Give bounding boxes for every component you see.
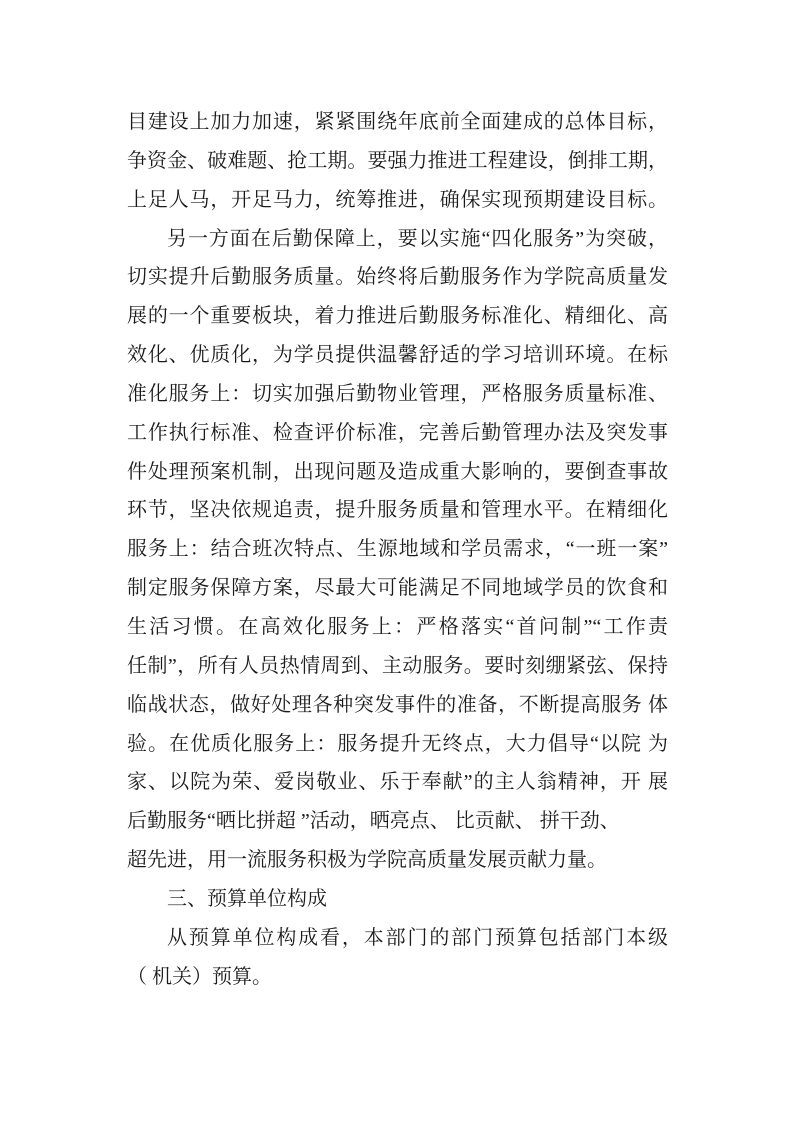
text-line: 环节，坚决依规追责，提升服务质量和管理水平。在精细化: [127, 491, 668, 530]
text-line: 切实提升后勤服务质量。始终将后勤服务作为学院高质量发: [127, 258, 668, 297]
text-line: 生活习惯。在高效化服务上：严格落实“首问制”“工作责: [127, 608, 668, 647]
text-line: 效化、优质化，为学员提供温馨舒适的学习培训环境。在标: [127, 336, 668, 375]
text-line: 目建设上加力加速，紧紧围绕年底前全面建成的总体目标，: [127, 103, 668, 142]
text-line: 超先进，用一流服务积极为学院高质量发展贡献力量。: [127, 841, 668, 880]
text-line: 后勤服务“晒比拼超 ”活动，晒亮点、 比贡献、 拼干劲、: [127, 802, 668, 841]
text-line: 准化服务上：切实加强后勤物业管理，严格服务质量标准、: [127, 375, 668, 414]
text-line: 另一方面在后勤保障上，要以实施“四化服务”为突破，: [127, 220, 668, 259]
text-line: 争资金、破难题、抢工期。要强力推进工程建设，倒排工期，: [127, 142, 668, 181]
text-line: 验。在优质化服务上：服务提升无终点，大力倡导“以院 为: [127, 725, 668, 764]
document-page: 目建设上加力加速，紧紧围绕年底前全面建成的总体目标，争资金、破难题、抢工期。要强…: [0, 0, 800, 1131]
text-line: 展的一个重要板块，着力推进后勤服务标准化、精细化、高: [127, 297, 668, 336]
document-body: 目建设上加力加速，紧紧围绕年底前全面建成的总体目标，争资金、破难题、抢工期。要强…: [127, 103, 668, 996]
text-line: 临战状态，做好处理各种突发事件的准备，不断提高服务 体: [127, 686, 668, 725]
text-line: 任制”，所有人员热情周到、主动服务。要时刻绷紧弦、保持: [127, 647, 668, 686]
text-line: 从预算单位构成看，本部门的部门预算包括部门本级: [127, 919, 668, 958]
text-line: 制定服务保障方案，尽最大可能满足不同地域学员的饮食和: [127, 569, 668, 608]
text-line: 件处理预案机制，出现问题及造成重大影响的，要倒查事故: [127, 453, 668, 492]
section-heading: 三、预算单位构成: [127, 880, 668, 919]
text-line: 服务上：结合班次特点、生源地域和学员需求，“一班一案”: [127, 530, 668, 569]
text-line: 上足人马，开足马力，统筹推进，确保实现预期建设目标。: [127, 181, 668, 220]
text-line: 工作执行标准、检查评价标准，完善后勤管理办法及突发事: [127, 414, 668, 453]
text-line: （ 机关）预算。: [127, 958, 668, 997]
text-line: 家、以院为荣、爱岗敬业、乐于奉献”的主人翁精神，开 展: [127, 763, 668, 802]
